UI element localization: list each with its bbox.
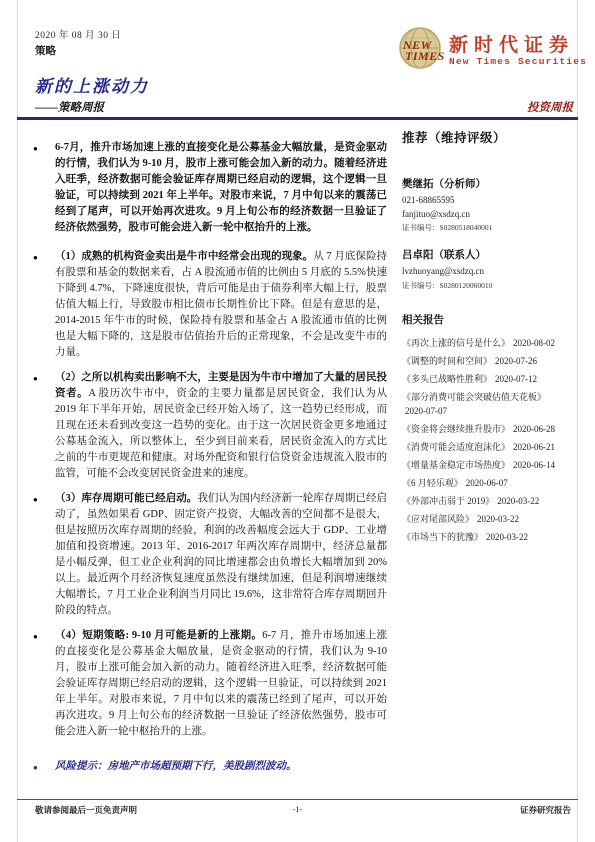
report-title: 《市场当下的犹豫》 — [402, 532, 483, 542]
related-report-item: 《调整的时间和空间》2020-07-26 — [402, 354, 580, 368]
report-category: 策略 — [35, 43, 56, 58]
bullet-body: 我们认为国内经济新一轮库存周期已经启动了，虽然如果看 GDP、固定资产投资，大幅… — [55, 493, 387, 616]
report-date: 2020-03-22 — [486, 532, 528, 542]
bullet-text: （3）库存周期可能已经启动。我们认为国内经济新一轮库存周期已经启动了，虽然如果看… — [55, 491, 387, 619]
report-date: 2020-07-26 — [495, 356, 537, 366]
contact-block: 吕卓阳（联系人） lvzhuoyang@xsdzq.cn 证书编号：S02801… — [402, 247, 580, 292]
report-date: 2020-07-12 — [495, 374, 537, 384]
analyst-name: 樊继拓（分析师） — [402, 176, 580, 191]
page-title: 新的上涨动力 — [35, 72, 149, 97]
report-date: 2020-08-02 — [513, 338, 555, 348]
summary-bullet: ● 6-7月，推升市场加速上涨的直接变化是公募基金大幅放量，是资金驱动的行情，我… — [33, 140, 387, 236]
report-title: 《消费可能会适度泡沫化》 — [402, 442, 510, 452]
related-report-item: 《6 月轻乐观》2020-06-07 — [402, 476, 580, 490]
bullet-lead: （4）短期策略: 9-10 月可能是新的上涨期。 — [55, 630, 262, 641]
page-border-left — [17, 0, 18, 842]
report-date: 2020-06-21 — [513, 442, 555, 452]
main-content: ● 6-7月，推升市场加速上涨的直接变化是公募基金大幅放量，是资金驱动的行情，我… — [33, 140, 387, 785]
related-reports-title: 相关报告 — [402, 312, 580, 327]
report-title: 《调整的时间和空间》 — [402, 356, 492, 366]
report-title: 《增量基金稳定市场热度》 — [402, 460, 510, 470]
report-date: 2020-06-28 — [513, 424, 555, 434]
analyst-email: fanjituo@xsdzq.cn — [402, 208, 580, 222]
bullet-text: （4）短期策略: 9-10 月可能是新的上涨期。6-7 月，推升市场加速上涨的直… — [55, 628, 387, 740]
related-report-item: 《外部冲击弱于 2019》2020-03-22 — [402, 494, 580, 508]
point-4-bullet: ● （4）短期策略: 9-10 月可能是新的上涨期。6-7 月，推升市场加速上涨… — [33, 628, 387, 740]
point-2-bullet: ● （2）之所以机构卖出影响不大，主要是因为牛市中增加了大量的居民投资者。A 股… — [33, 370, 387, 482]
bullet-icon: ● — [33, 628, 55, 740]
report-title: 《部分消费可能会突破估值天花板》 — [402, 392, 546, 402]
related-report-item: 《市场当下的犹豫》2020-03-22 — [402, 530, 580, 544]
page-number: -1- — [0, 804, 595, 814]
bullet-icon: ● — [33, 759, 55, 776]
bullet-lead: 6-7月，推升市场加速上涨的直接变化是公募基金大幅放量，是资金驱动的行情，我们认… — [55, 142, 387, 233]
page-subtitle: ——策略周报 — [35, 99, 104, 115]
analyst-cert: 证书编号：S0280518040001 — [402, 221, 580, 234]
header-divider — [17, 117, 578, 120]
sidebar: 推荐（维持评级） 樊继拓（分析师） 021-68865595 fanjituo@… — [402, 128, 580, 548]
report-date: 2020-06-14 — [513, 460, 555, 470]
report-date: 2020-03-22 — [477, 514, 519, 524]
bullet-icon: ● — [33, 140, 55, 236]
contact-email: lvzhuoyang@xsdzq.cn — [402, 265, 580, 279]
report-title: 《应对尾部风险》 — [402, 514, 474, 524]
risk-warning-text: 风险提示：房地产市场超预期下行，美股剧烈波动。 — [55, 759, 387, 776]
related-report-item: 《多头已战略性胜利》2020-07-12 — [402, 372, 580, 386]
report-title: 《再次上涨的信号是什么》 — [402, 338, 510, 348]
related-report-item: 《部分消费可能会突破估值天花板》2020-07-07 — [402, 390, 580, 418]
report-title: 《外部冲击弱于 2019》 — [402, 496, 494, 506]
report-page: 2020 年 08 月 30 日 策略 NEW TIMES 新时代证券 New … — [0, 0, 595, 842]
report-date: 2020 年 08 月 30 日 — [35, 27, 121, 41]
rating-label: 推荐（维持评级） — [402, 128, 580, 146]
brand-name-en: New Times Securities — [449, 56, 587, 67]
report-type-label: 投资周报 — [527, 99, 573, 115]
bullet-text: 6-7月，推升市场加速上涨的直接变化是公募基金大幅放量，是资金驱动的行情，我们认… — [55, 140, 387, 236]
bullet-lead: （1）成熟的机构资金卖出是牛市中经常会出现的现象。 — [55, 251, 313, 262]
report-title: 《多头已战略性胜利》 — [402, 374, 492, 384]
report-title: 《6 月轻乐观》 — [402, 478, 463, 488]
bullet-text: （2）之所以机构卖出影响不大，主要是因为牛市中增加了大量的居民投资者。A 股历次… — [55, 370, 387, 482]
report-title: 《资金将会继续推升股市》 — [402, 424, 510, 434]
contact-cert: 证书编号：S0280120060010 — [402, 279, 580, 292]
related-report-item: 《消费可能会适度泡沫化》2020-06-21 — [402, 440, 580, 454]
bullet-body: A 股历次牛市中，资金的主要力量都是居民资金，我们认为从 2019 年下半年开始… — [55, 388, 387, 479]
risk-warning-bullet: ● 风险提示：房地产市场超预期下行，美股剧烈波动。 — [33, 759, 387, 776]
related-report-item: 《应对尾部风险》2020-03-22 — [402, 512, 580, 526]
brand-name-cn: 新时代证券 — [449, 30, 574, 57]
report-date: 2020-07-07 — [405, 406, 447, 416]
bullet-text: （1）成熟的机构资金卖出是牛市中经常会出现的现象。从 7 月底保险持有股票和基金… — [55, 249, 387, 361]
bullet-icon: ● — [33, 249, 55, 361]
bullet-body: 从 7 月底保险持有股票和基金的数据来看，占 A 股流通市值的比例由 5 月底的… — [55, 251, 387, 358]
analyst-phone: 021-68865595 — [402, 194, 580, 208]
footer-divider — [17, 799, 578, 800]
contact-name: 吕卓阳（联系人） — [402, 247, 580, 262]
brand-logo: NEW TIMES 新时代证券 New Times Securities — [399, 26, 579, 74]
report-date: 2020-06-07 — [466, 478, 508, 488]
logo-text-times: TIMES — [405, 50, 445, 62]
related-report-item: 《增量基金稳定市场热度》2020-06-14 — [402, 458, 580, 472]
related-report-item: 《再次上涨的信号是什么》2020-08-02 — [402, 336, 580, 350]
bullet-icon: ● — [33, 491, 55, 619]
bullet-lead: （3）库存周期可能已经启动。 — [55, 493, 197, 504]
bullet-body: 6-7 月，推升市场加速上涨的直接变化是公募基金大幅放量，是资金驱动的行情，我们… — [55, 630, 387, 737]
point-1-bullet: ● （1）成熟的机构资金卖出是牛市中经常会出现的现象。从 7 月底保险持有股票和… — [33, 249, 387, 361]
footer-report-type: 证券研究报告 — [520, 804, 571, 816]
related-report-item: 《资金将会继续推升股市》2020-06-28 — [402, 422, 580, 436]
analyst-block: 樊继拓（分析师） 021-68865595 fanjituo@xsdzq.cn … — [402, 176, 580, 234]
point-3-bullet: ● （3）库存周期可能已经启动。我们认为国内经济新一轮库存周期已经启动了，虽然如… — [33, 491, 387, 619]
bullet-icon: ● — [33, 370, 55, 482]
report-date: 2020-03-22 — [497, 496, 539, 506]
